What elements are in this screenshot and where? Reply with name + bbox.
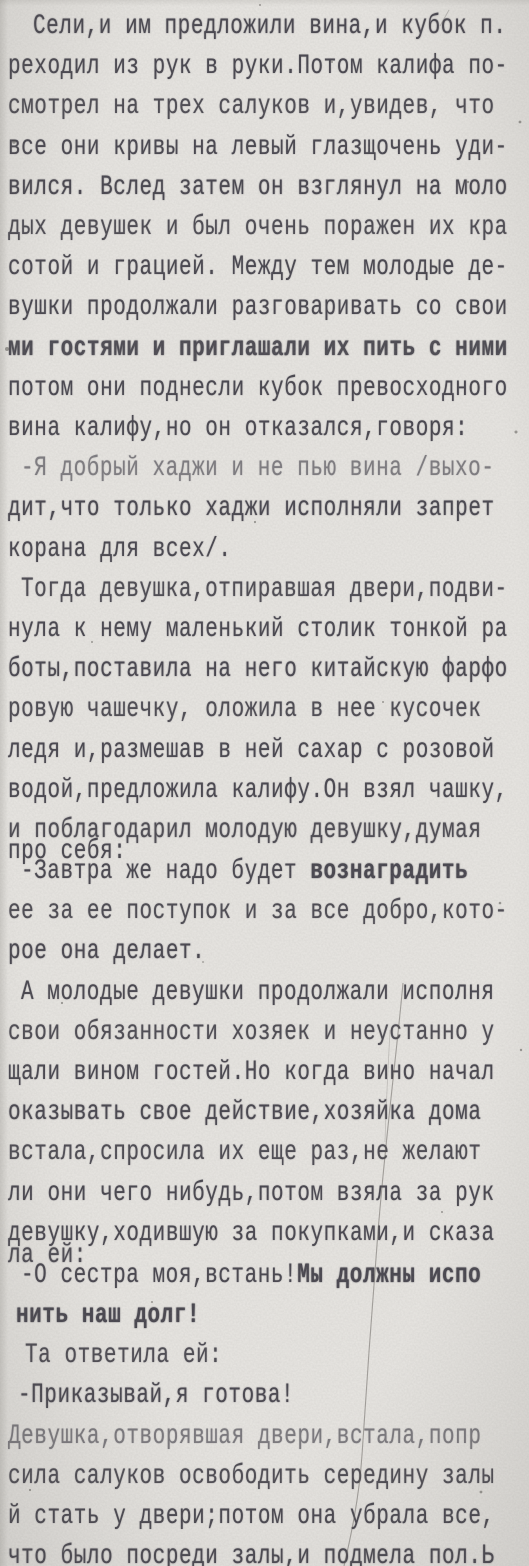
text-line-18: ровую чашечку, оложила в нее кусочек [8, 695, 481, 725]
text-line-6: дых девушек и был очень поражен их кра [8, 213, 508, 243]
text-segment: дит,что только хаджи исполняли запрет [8, 494, 495, 524]
text-segment: рое она делает. [8, 937, 205, 967]
text-segment: сила салуков освободить середину залы [8, 1462, 495, 1492]
text-segment: вина калифу,но он отказался,говоря: [8, 414, 468, 444]
text-segment: свои обязанности хозяек и неустанно у [8, 1018, 495, 1048]
text-line-7: сотой и грацией. Между тем молодые де- [8, 253, 508, 283]
text-line-17: боты,поставила на него китайскую фарфо [8, 655, 508, 685]
text-line-37: -Приказывай,я готова! [18, 1381, 294, 1411]
text-line-30: встала,спросила их еще раз,не желают [8, 1138, 481, 1168]
text-segment: вился. Вслед затем он взглянул на моло [8, 173, 508, 203]
text-segment: щали вином гостей.Но когда вино начал [8, 1058, 495, 1088]
text-segment: А молодые девушки продолжали исполня [21, 978, 494, 1008]
text-line-35: нить наш долг! [16, 1301, 200, 1331]
text-segment: корана для всех/. [8, 535, 232, 565]
text-line-2: реходил из рук в руки.Потом калифа по- [8, 52, 508, 82]
text-segment: -О сестра моя,встань! [21, 1261, 297, 1291]
text-segment: ми гостями и приглашали их пить с ними [8, 334, 508, 364]
text-segment: реходил из рук в руки.Потом калифа по- [8, 52, 508, 82]
text-segment: Тогда девушка,отпиравшая двери,подви- [21, 575, 508, 605]
scanned-document-page: Сели,и им предложили вина,и кубок п.рехо… [0, 0, 529, 1566]
text-segment: ее за ее поступок и за все добро,кото- [8, 897, 508, 927]
text-line-11: вина калифу,но он отказался,говоря: [8, 414, 468, 444]
text-line-34: -О сестра моя,встань!Мы должны испо [21, 1261, 481, 1291]
text-segment: боты,поставила на него китайскую фарфо [8, 655, 508, 685]
text-line-8: вушки продолжали разговаривать со свои [8, 293, 508, 323]
text-segment: ровую чашечку, оложила в нее кусочек [8, 695, 481, 725]
text-line-40: й стать у двери;потом она убрала все, [8, 1502, 495, 1532]
text-line-15: Тогда девушка,отпиравшая двери,подви- [21, 575, 508, 605]
text-line-27: свои обязанности хозяек и неустанно у [8, 1018, 495, 1048]
text-segment: оказывать свое действие,хозяйка дома [8, 1098, 481, 1128]
text-line-3: смотрел на трех салуков и,увидев, что [8, 92, 495, 122]
text-line-39: сила салуков освободить середину залы [8, 1462, 495, 1492]
text-line-28: щали вином гостей.Но когда вино начал [8, 1058, 495, 1088]
text-line-41: что было посреди залы,и подмела пол.Ь [8, 1542, 495, 1566]
text-segment-bold: вознаградить [310, 857, 468, 887]
typewritten-text: Сели,и им предложили вина,и кубок п.рехо… [0, 0, 529, 1566]
text-segment: потом они поднесли кубок превосходного [8, 374, 508, 404]
text-segment: Девушка,отворявшая двери,встала,попр [8, 1422, 481, 1452]
text-line-16: нула к нему маленький столик тонкой ра [8, 615, 508, 645]
text-segment: нить наш долг! [16, 1301, 200, 1331]
text-segment: сотой и грацией. Между тем молодые де- [8, 253, 508, 283]
text-line-14: корана для всех/. [8, 535, 232, 565]
text-segment: встала,спросила их еще раз,не желают [8, 1138, 481, 1168]
text-line-20: водой,предложила калифу.Он взял чашку, [8, 776, 508, 806]
text-segment: Сели,и им предложили вина,и кубок п. [33, 12, 506, 42]
text-line-5: вился. Вслед затем он взглянул на моло [8, 173, 508, 203]
text-line-19: ледя и,размешав в ней сахар с розовой [8, 736, 495, 766]
text-segment: что было посреди залы,и подмела пол.Ь [8, 1542, 495, 1566]
text-segment: Та ответила ей: [25, 1341, 222, 1371]
text-line-9: ми гостями и приглашали их пить с ними [8, 334, 508, 364]
text-segment: -Приказывай,я готова! [18, 1381, 294, 1411]
text-line-24: ее за ее поступок и за все добро,кото- [8, 897, 508, 927]
text-segment: водой,предложила калифу.Он взял чашку, [8, 776, 508, 806]
text-line-13: дит,что только хаджи исполняли запрет [8, 494, 495, 524]
text-line-1: Сели,и им предложили вина,и кубок п. [33, 12, 506, 42]
text-segment: -Завтра же надо будет [21, 857, 310, 887]
text-segment: й стать у двери;потом она убрала все, [8, 1502, 495, 1532]
text-segment: ли они чего нибудь,потом взяла за рук [8, 1179, 495, 1209]
text-line-31: ли они чего нибудь,потом взяла за рук [8, 1179, 495, 1209]
text-segment-bold: Мы должны испо [297, 1261, 481, 1291]
text-line-36: Та ответила ей: [25, 1341, 222, 1371]
text-segment: ледя и,размешав в ней сахар с розовой [8, 736, 495, 766]
text-segment: вушки продолжали разговаривать со свои [8, 293, 508, 323]
text-line-23: -Завтра же надо будет вознаградить [21, 857, 468, 887]
text-segment: смотрел на трех салуков и,увидев, что [8, 92, 495, 122]
text-line-10: потом они поднесли кубок превосходного [8, 374, 508, 404]
text-line-26: А молодые девушки продолжали исполня [21, 978, 494, 1008]
text-segment: -Я добрый хаджи и не пью вина /выхо- [21, 454, 494, 484]
text-line-25: рое она делает. [8, 937, 205, 967]
text-segment: все они кривы на левый глазщочень уди- [8, 133, 508, 163]
text-segment: нула к нему маленький столик тонкой ра [8, 615, 508, 645]
text-line-29: оказывать свое действие,хозяйка дома [8, 1098, 481, 1128]
text-line-12: -Я добрый хаджи и не пью вина /выхо- [21, 454, 494, 484]
text-line-4: все они кривы на левый глазщочень уди- [8, 133, 508, 163]
text-segment: дых девушек и был очень поражен их кра [8, 213, 508, 243]
text-line-38: Девушка,отворявшая двери,встала,попр [8, 1422, 481, 1452]
